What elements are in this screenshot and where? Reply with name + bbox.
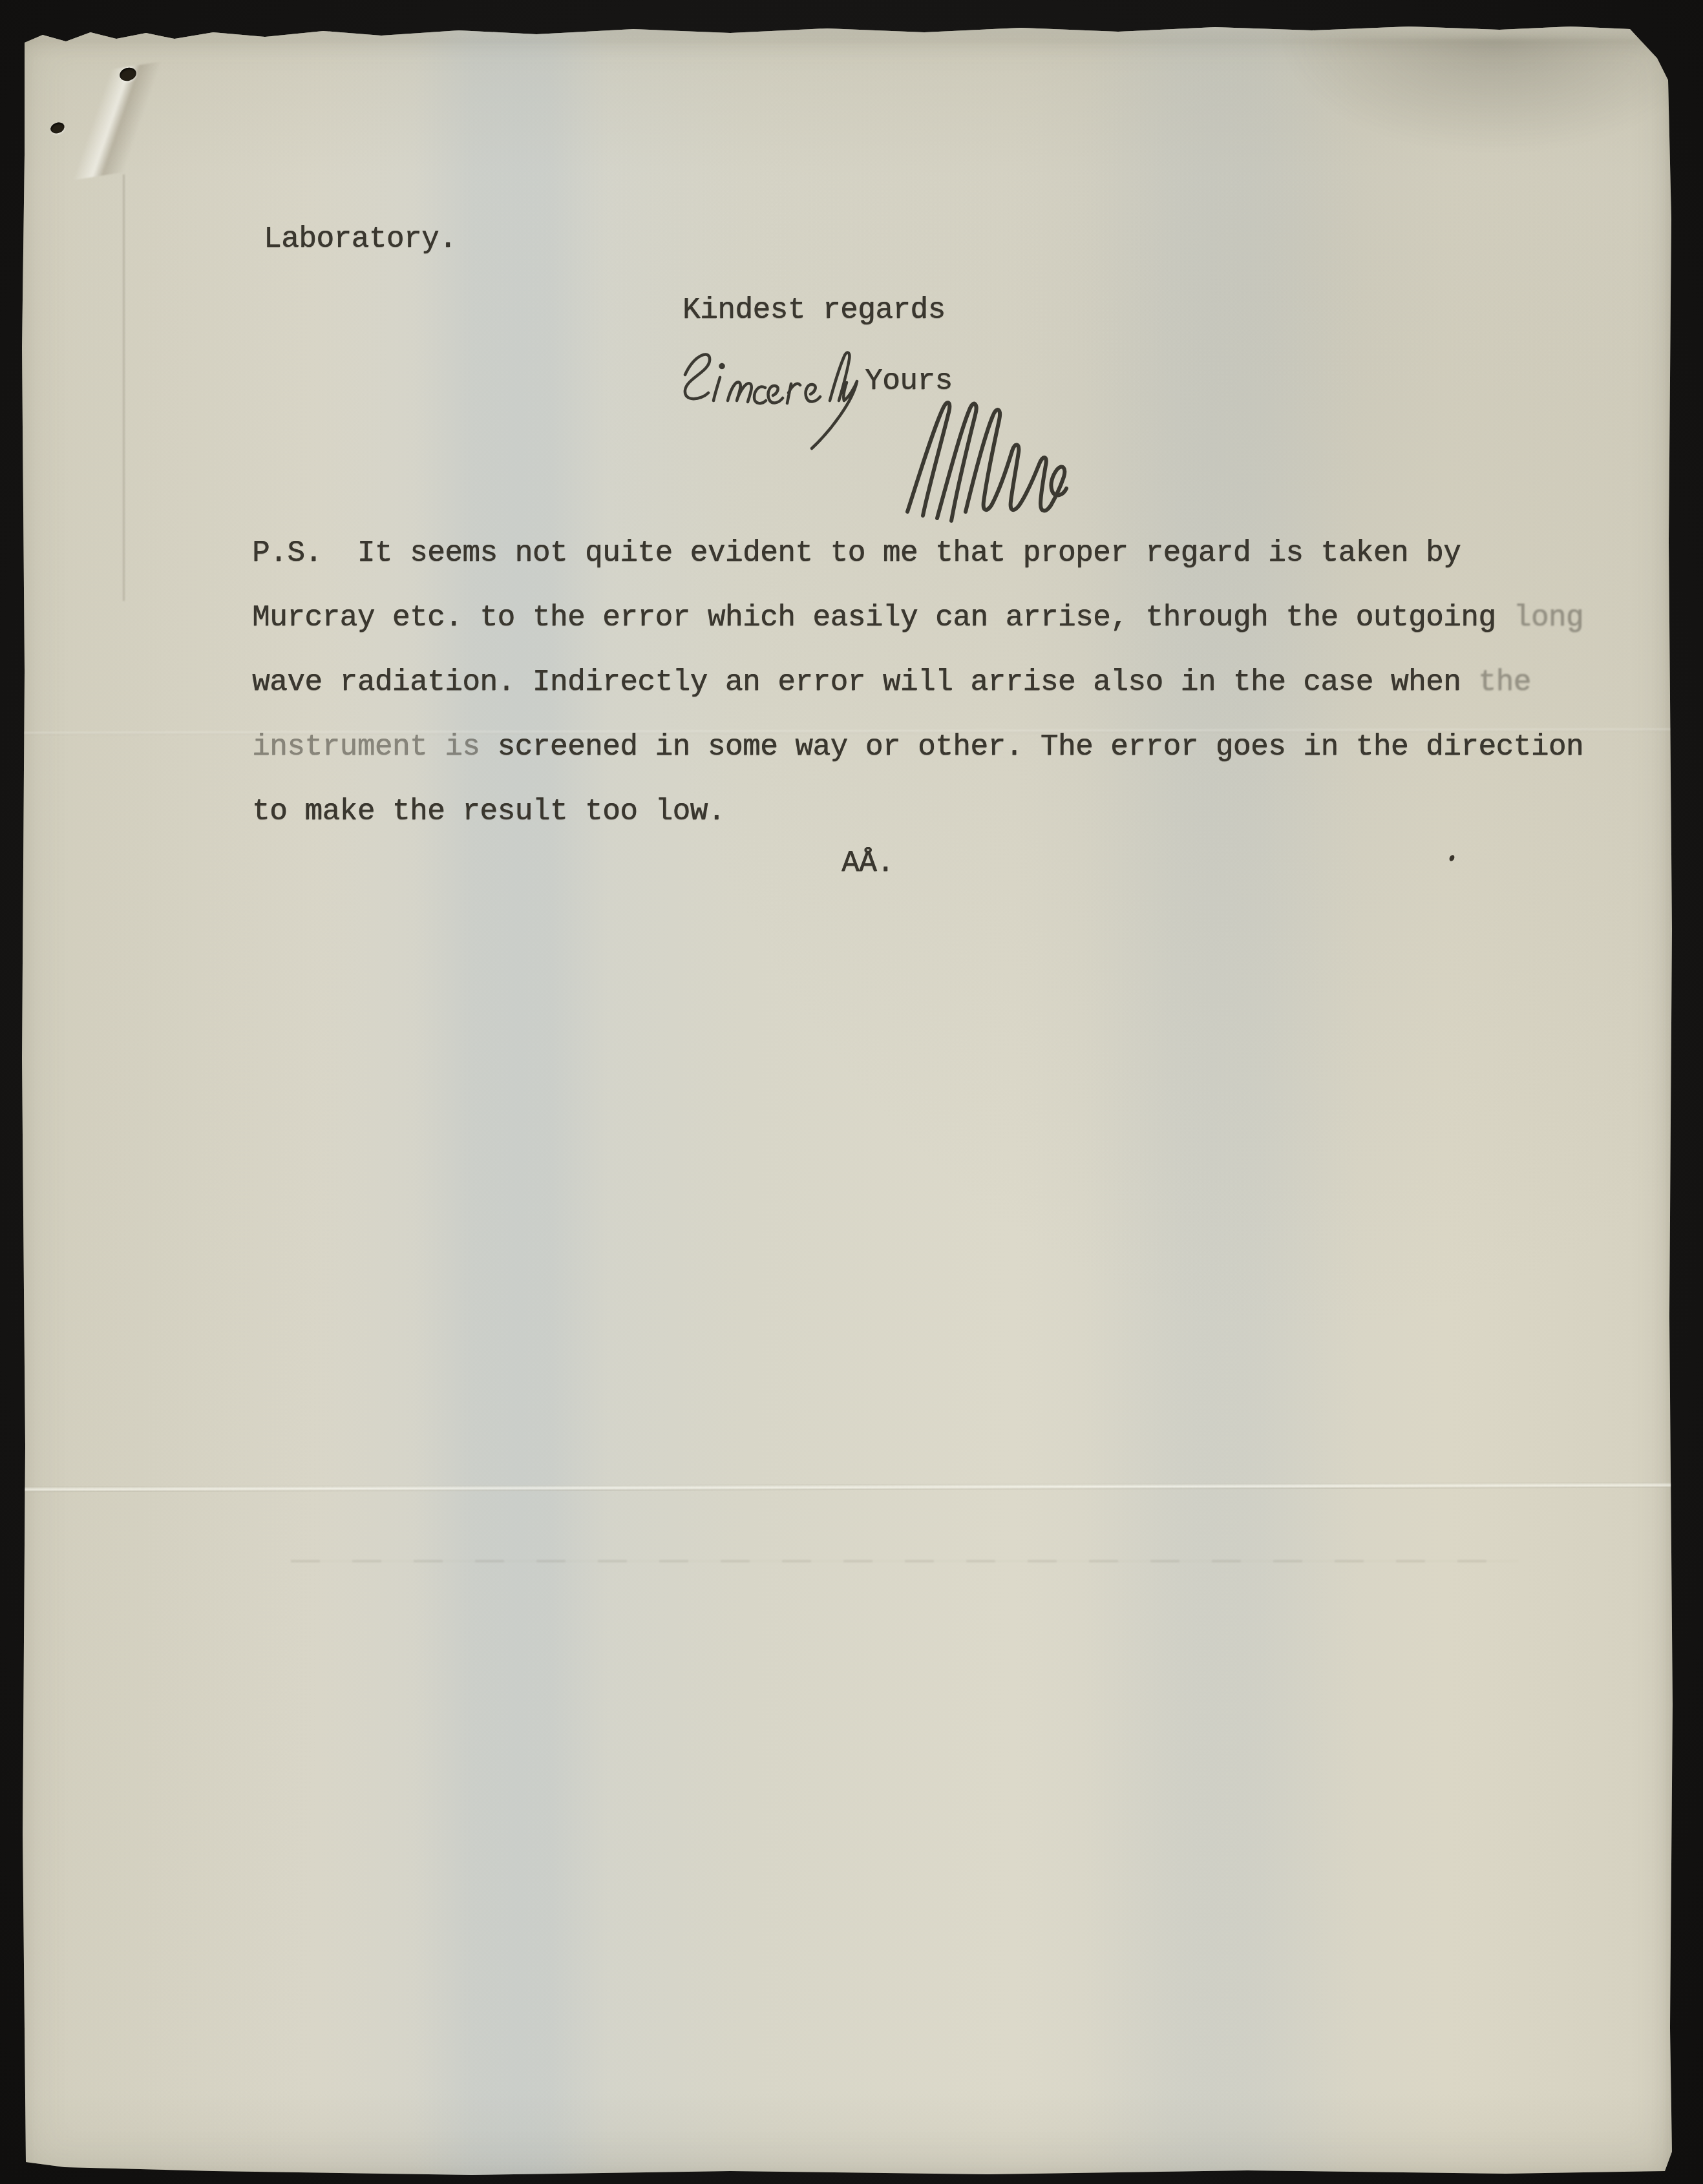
paper-texture-line <box>123 174 125 601</box>
torn-edge-highlight <box>19 25 1649 41</box>
postscript-line-5: to make the result too low. <box>252 793 725 830</box>
postscript-faded-text: instrument is <box>252 730 480 764</box>
signature-stroke <box>907 403 1066 521</box>
handwritten-signature-scribble <box>897 392 1072 524</box>
staple-hole <box>49 121 66 136</box>
scanner-tint-band <box>414 25 608 2178</box>
sincerely-stroke <box>685 353 857 448</box>
smudge-line <box>291 1560 1519 1562</box>
staple-hole <box>118 65 138 83</box>
postscript-line-4: instrument is screened in some way or ot… <box>252 728 1583 766</box>
postscript-text: Murcray etc. to the error which easily c… <box>252 601 1514 635</box>
corner-crease <box>25 58 201 185</box>
scanned-letter-photo: { "document_type": "scanned typewritten … <box>0 0 1703 2184</box>
postscript-faded-text: the <box>1478 666 1530 699</box>
postscript-line-1: P.S. It seems not quite evident to me th… <box>252 534 1461 572</box>
postscript-faded-text: long <box>1514 601 1583 635</box>
postscript-line-2: Murcray etc. to the error which easily c… <box>252 599 1583 636</box>
postscript-text: screened in some way or other. The error… <box>480 730 1583 764</box>
handwritten-sincerely-script <box>671 341 871 454</box>
top-edge-shadow <box>1280 36 1674 152</box>
typed-body-fragment: Laboratory. <box>264 220 456 258</box>
postscript-text: wave radiation. Indirectly an error will… <box>252 666 1478 699</box>
scanner-tint-band <box>1086 25 1357 2178</box>
typed-initials: AÅ. <box>841 845 894 882</box>
fold-crease-line <box>19 1482 1678 1493</box>
ink-speck <box>1448 854 1455 862</box>
letter-paper: Laboratory. Kindest regards Yours P.S. I… <box>19 25 1678 2178</box>
postscript-line-3: wave radiation. Indirectly an error will… <box>252 664 1531 701</box>
typed-kindest-regards: Kindest regards <box>682 291 946 329</box>
